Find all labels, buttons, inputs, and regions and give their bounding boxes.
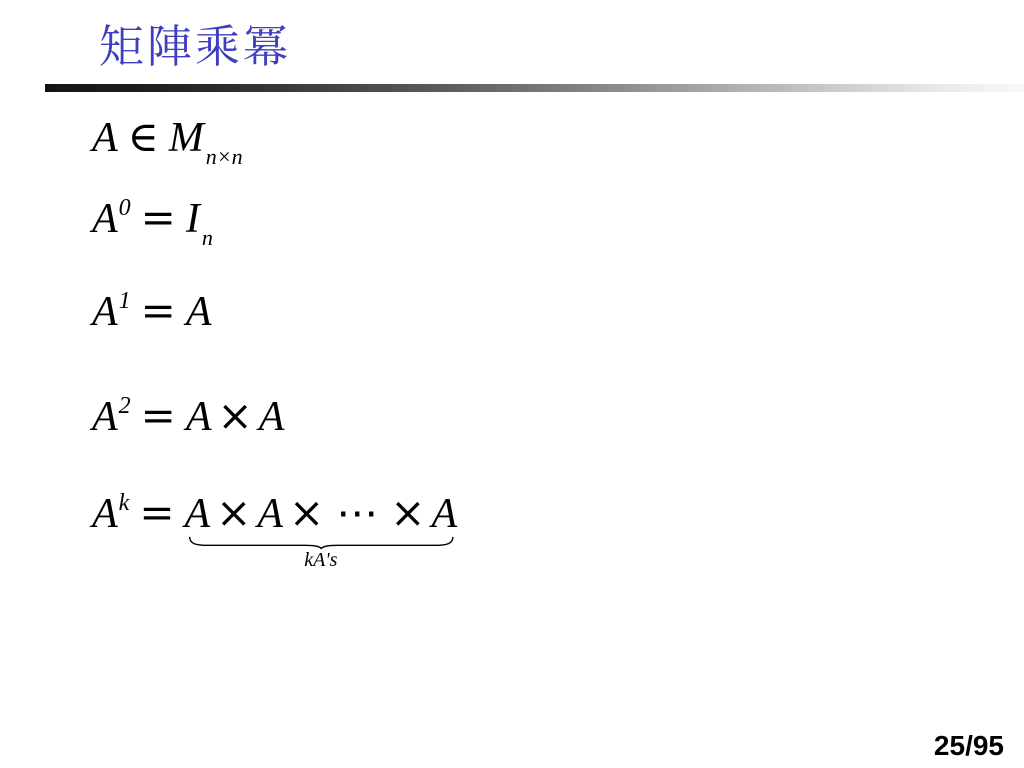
equals-operator: = [131, 193, 186, 242]
cdots-symbol: ⋯ [330, 488, 384, 537]
math-variable: A [92, 491, 118, 537]
page-indicator: 25/95 [934, 730, 1004, 762]
underbrace-label: kA's [304, 550, 337, 570]
math-variable: A [431, 491, 457, 537]
math-variable: A [186, 394, 212, 440]
presentation-slide: 矩陣乘冪 A∈Mn×n A0=In A1=A A2=A×A Ak=A×A×⋯×A… [0, 0, 1024, 768]
math-variable: A [92, 196, 118, 242]
formula-power-k: Ak=A×A×⋯×AkA's [92, 492, 457, 535]
element-of-operator: ∈ [118, 112, 169, 161]
equals-operator: = [131, 391, 186, 440]
times-operator: × [384, 488, 431, 537]
underbraced-product: A×A×⋯×AkA's [185, 492, 458, 535]
math-variable: A [257, 491, 283, 537]
equals-operator: = [131, 286, 186, 335]
math-superscript: k [119, 490, 130, 516]
formula-power-two: A2=A×A [92, 395, 284, 438]
math-superscript: 2 [119, 393, 131, 419]
slide-title: 矩陣乘冪 [99, 22, 291, 72]
math-variable: A [259, 394, 285, 440]
math-variable: A [186, 289, 212, 335]
math-subscript: n [202, 225, 213, 250]
math-variable: A [92, 289, 118, 335]
math-superscript: 0 [119, 195, 131, 221]
formula-membership: A∈Mn×n [92, 116, 243, 159]
times-operator: × [212, 391, 259, 440]
math-variable: A [92, 115, 118, 161]
title-underline-rule [45, 84, 1024, 92]
math-superscript: 1 [119, 288, 131, 314]
math-subscript: n×n [206, 144, 243, 169]
formula-power-one: A1=A [92, 290, 212, 333]
formula-power-zero: A0=In [92, 197, 213, 240]
math-variable: A [185, 491, 211, 537]
times-operator: × [283, 488, 330, 537]
equals-operator: = [129, 488, 184, 537]
math-variable: A [92, 394, 118, 440]
math-variable: M [169, 115, 204, 161]
math-variable: I [186, 196, 200, 242]
underbrace-icon [187, 536, 456, 550]
times-operator: × [210, 488, 257, 537]
